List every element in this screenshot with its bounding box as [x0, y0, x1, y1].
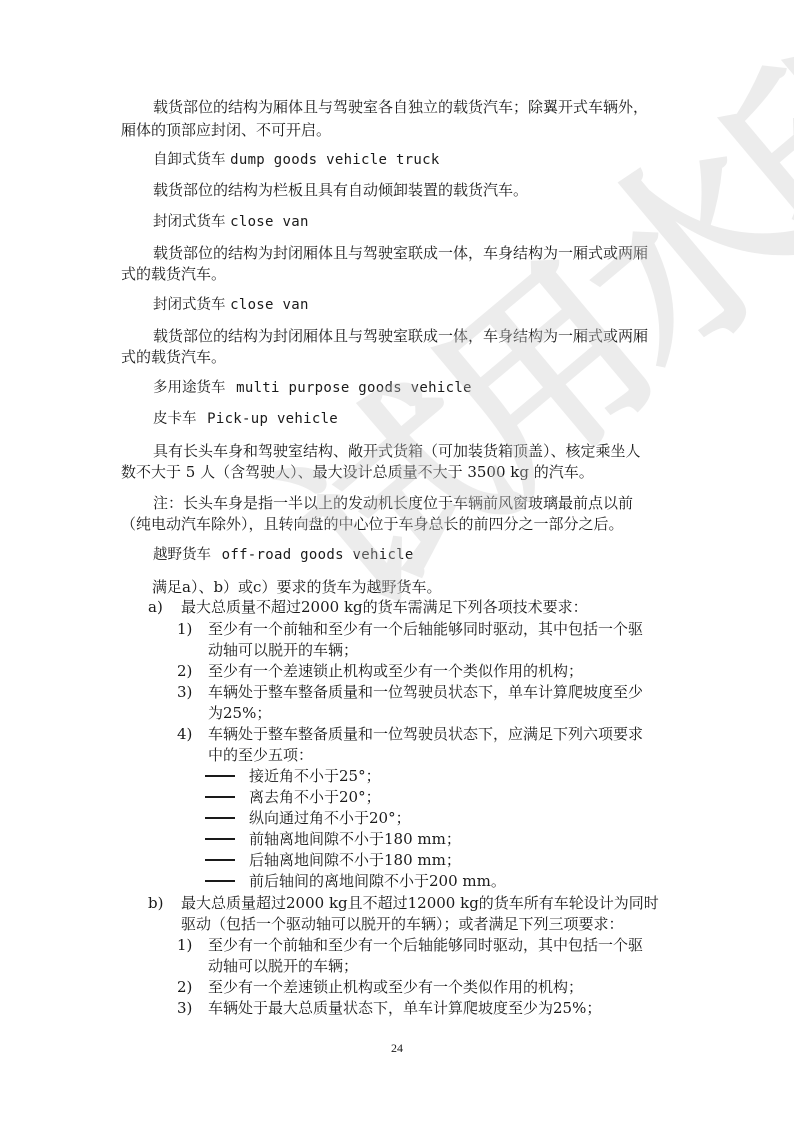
list-b-item-line: 至少有一个差速锁止机构或至少有一个类似作用的机构； — [208, 977, 583, 997]
term-heading-dump-truck: 自卸式货车 dump goods vehicle truck — [153, 150, 440, 170]
term-en: multi purpose goods vehicle — [236, 380, 472, 396]
paragraph-line: 满足a）、b）或c）要求的货车为越野货车。 — [152, 577, 441, 597]
list-b-item-marker: 1) — [177, 935, 192, 955]
document-page: 载货部位的结构为厢体且与驾驶室各自独立的载货汽车；除翼开式车辆外， 厢体的顶部应… — [0, 0, 794, 1123]
term-heading-multi-purpose: 多用途货车 multi purpose goods vehicle — [153, 378, 472, 398]
list-a-item-line: 至少有一个前轴和至少有一个后轴能够同时驱动，其中包括一个驱 — [208, 619, 643, 639]
list-marker-b: b) — [148, 893, 163, 913]
term-zh: 皮卡车 — [153, 411, 197, 427]
paragraph-line: 载货部位的结构为封闭厢体且与驾驶室联成一体，车身结构为一厢式或两厢 — [153, 243, 648, 263]
dash-bullet — [205, 838, 235, 840]
list-a-item-line: 为25%； — [208, 703, 271, 723]
list-b-line: 驱动（包括一个驱动轴可以脱开的车辆）；或者满足下列三项要求： — [181, 914, 624, 934]
dash-item: 前后轴间的离地间隙不小于200 mm。 — [205, 871, 506, 891]
paragraph-line: 式的载货汽车。 — [121, 264, 226, 284]
list-a-item-marker: 2) — [177, 661, 192, 681]
term-heading-close-van: 封闭式货车 close van — [153, 295, 309, 315]
term-heading-off-road: 越野货车 off-road goods vehicle — [153, 545, 414, 565]
term-zh: 封闭式货车 — [153, 297, 226, 313]
paragraph-line: 数不大于 5 人（含驾驶人）、最大设计总质量不大于 3500 kg 的汽车。 — [121, 462, 594, 482]
dash-bullet — [205, 817, 235, 819]
dash-item: 离去角不小于20°； — [205, 787, 381, 807]
dash-item: 前轴离地间隙不小于180 mm； — [205, 829, 461, 849]
list-b-line: 最大总质量超过2000 kg且不超过12000 kg的货车所有车轮设计为同时 — [181, 893, 659, 913]
dash-item: 纵向通过角不小于20°； — [205, 808, 411, 828]
note-line: 注：长头车身是指一半以上的发动机长度位于车辆前风窗玻璃最前点以前 — [153, 493, 633, 513]
dash-bullet — [205, 859, 235, 861]
list-b-item-line: 车辆处于最大总质量状态下，单车计算爬坡度至少为25%； — [208, 998, 601, 1018]
list-a-item-line: 至少有一个差速锁止机构或至少有一个类似作用的机构； — [208, 661, 583, 681]
term-zh: 多用途货车 — [153, 380, 226, 396]
term-zh: 越野货车 — [153, 547, 211, 563]
list-b-item-line: 动轴可以脱开的车辆； — [208, 956, 358, 976]
dash-bullet — [205, 796, 235, 798]
list-a-item-line: 中的至少五项： — [208, 745, 313, 765]
paragraph-line: 式的载货汽车。 — [121, 347, 226, 367]
list-marker-a: a) — [148, 597, 163, 617]
term-en: close van — [230, 297, 309, 313]
paragraph-line: 具有长头车身和驾驶室结构、敞开式货箱（可加装货箱顶盖）、核定乘坐人 — [153, 441, 641, 461]
dash-item: 接近角不小于25°； — [205, 766, 381, 786]
dash-item: 后轴离地间隙不小于180 mm； — [205, 850, 461, 870]
list-a-text: 最大总质量不超过2000 kg的货车需满足下列各项技术要求： — [181, 597, 588, 617]
paragraph-line: 厢体的顶部应封闭、不可开启。 — [121, 120, 331, 140]
list-a-item-line: 动轴可以脱开的车辆； — [208, 640, 358, 660]
note-line: （纯电动汽车除外），且转向盘的中心位于车身总长的前四分之一部分之后。 — [121, 514, 624, 534]
list-b-item-marker: 3) — [177, 998, 192, 1018]
paragraph-line: 载货部位的结构为厢体且与驾驶室各自独立的载货汽车；除翼开式车辆外， — [153, 97, 648, 117]
term-heading-close-van: 封闭式货车 close van — [153, 212, 309, 232]
dash-bullet — [205, 880, 235, 882]
paragraph-line: 载货部位的结构为栏板且具有自动倾卸装置的载货汽车。 — [153, 180, 528, 200]
list-a-item-line: 车辆处于整车整备质量和一位驾驶员状态下，应满足下列六项要求 — [208, 724, 643, 744]
dash-bullet — [205, 775, 235, 777]
list-b-item-marker: 2) — [177, 977, 192, 997]
list-a-item-marker: 1) — [177, 619, 192, 639]
term-en: close van — [230, 214, 309, 230]
term-en: Pick-up vehicle — [207, 411, 338, 427]
term-heading-pickup: 皮卡车 Pick-up vehicle — [153, 409, 338, 429]
term-en: dump goods vehicle truck — [230, 152, 440, 168]
term-zh: 封闭式货车 — [153, 214, 226, 230]
list-a-item-marker: 4) — [177, 724, 192, 744]
paragraph-line: 载货部位的结构为封闭厢体且与驾驶室联成一体，车身结构为一厢式或两厢 — [153, 326, 648, 346]
list-a-item-line: 车辆处于整车整备质量和一位驾驶员状态下，单车计算爬坡度至少 — [208, 682, 643, 702]
term-zh: 自卸式货车 — [153, 152, 226, 168]
term-en: off-road goods vehicle — [222, 547, 414, 563]
page-number: 24 — [0, 1041, 794, 1056]
list-b-item-line: 至少有一个前轴和至少有一个后轴能够同时驱动，其中包括一个驱 — [208, 935, 643, 955]
list-a-item-marker: 3) — [177, 682, 192, 702]
